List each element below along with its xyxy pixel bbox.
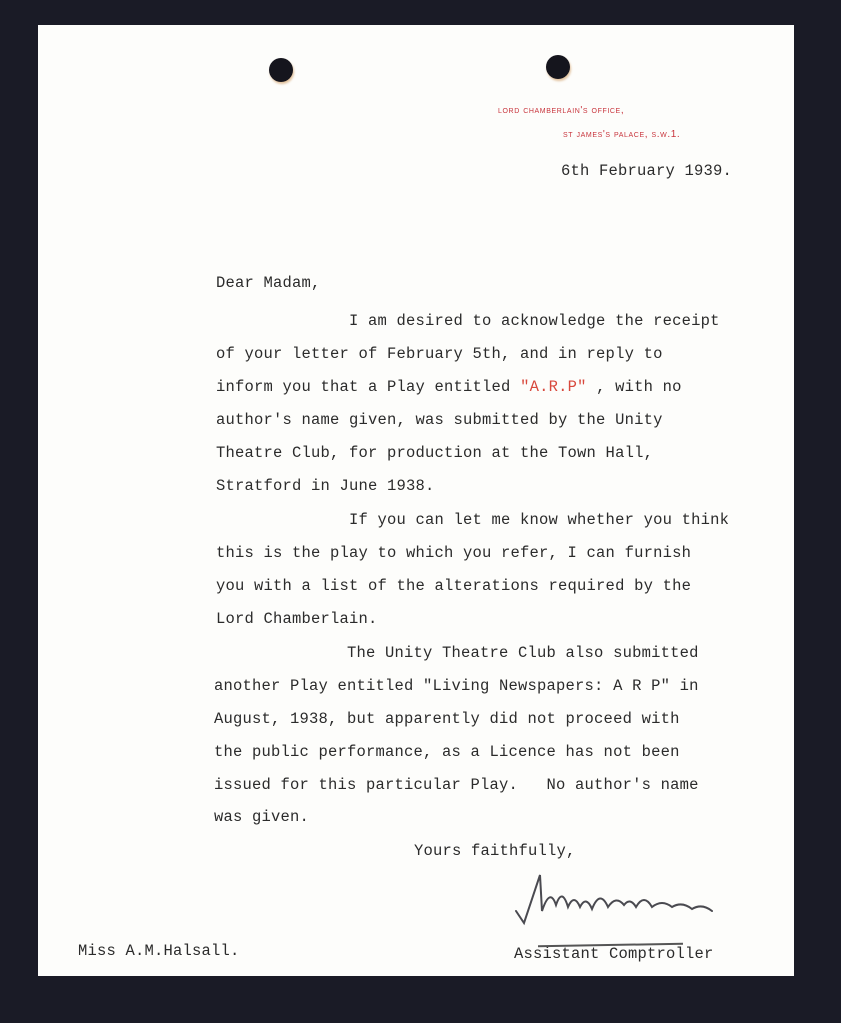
handwritten-signature xyxy=(512,867,722,927)
paragraph-line: Theatre Club, for production at the Town… xyxy=(216,444,653,462)
signatory-title: Assistant Comptroller xyxy=(514,945,714,963)
punch-hole-right xyxy=(546,55,570,79)
letter-date: 6th February 1939. xyxy=(561,162,732,180)
punch-hole-left xyxy=(269,58,293,82)
paragraph-line: Lord Chamberlain. xyxy=(216,610,378,628)
paragraph-line: you with a list of the alterations requi… xyxy=(216,577,691,595)
paragraph-line: inform you that a Play entitled "A.R.P" … xyxy=(216,378,682,396)
paragraph-line: I am desired to acknowledge the receipt xyxy=(216,312,720,330)
paragraph-line: Stratford in June 1938. xyxy=(216,477,435,495)
paragraph-line: issued for this particular Play. No auth… xyxy=(214,776,699,794)
paragraph-line: of your letter of February 5th, and in r… xyxy=(216,345,663,363)
recipient-name: Miss A.M.Halsall. xyxy=(78,942,240,960)
paragraph-line: another Play entitled "Living Newspapers… xyxy=(214,677,699,695)
play-title-arp: "A.R.P" xyxy=(520,378,587,396)
line-text: inform you that a Play entitled xyxy=(216,378,520,396)
paragraph-line: author's name given, was submitted by th… xyxy=(216,411,663,429)
paragraph-line: The Unity Theatre Club also submitted xyxy=(214,644,699,662)
closing: Yours faithfully, xyxy=(414,842,576,860)
paragraph-line: August, 1938, but apparently did not pro… xyxy=(214,710,680,728)
paragraph-line: the public performance, as a Licence has… xyxy=(214,743,680,761)
salutation: Dear Madam, xyxy=(216,274,321,292)
letterhead-line-2: St James's Palace, S.W.1. xyxy=(563,129,680,140)
paragraph-line: was given. xyxy=(214,808,309,826)
line-text-suffix: , with no xyxy=(587,378,682,396)
paragraph-line: this is the play to which you refer, I c… xyxy=(216,544,691,562)
letterhead-line-1: Lord Chamberlain's Office, xyxy=(498,105,624,116)
paragraph-line: If you can let me know whether you think xyxy=(216,511,729,529)
letter-page: Lord Chamberlain's Office, St James's Pa… xyxy=(38,25,794,976)
